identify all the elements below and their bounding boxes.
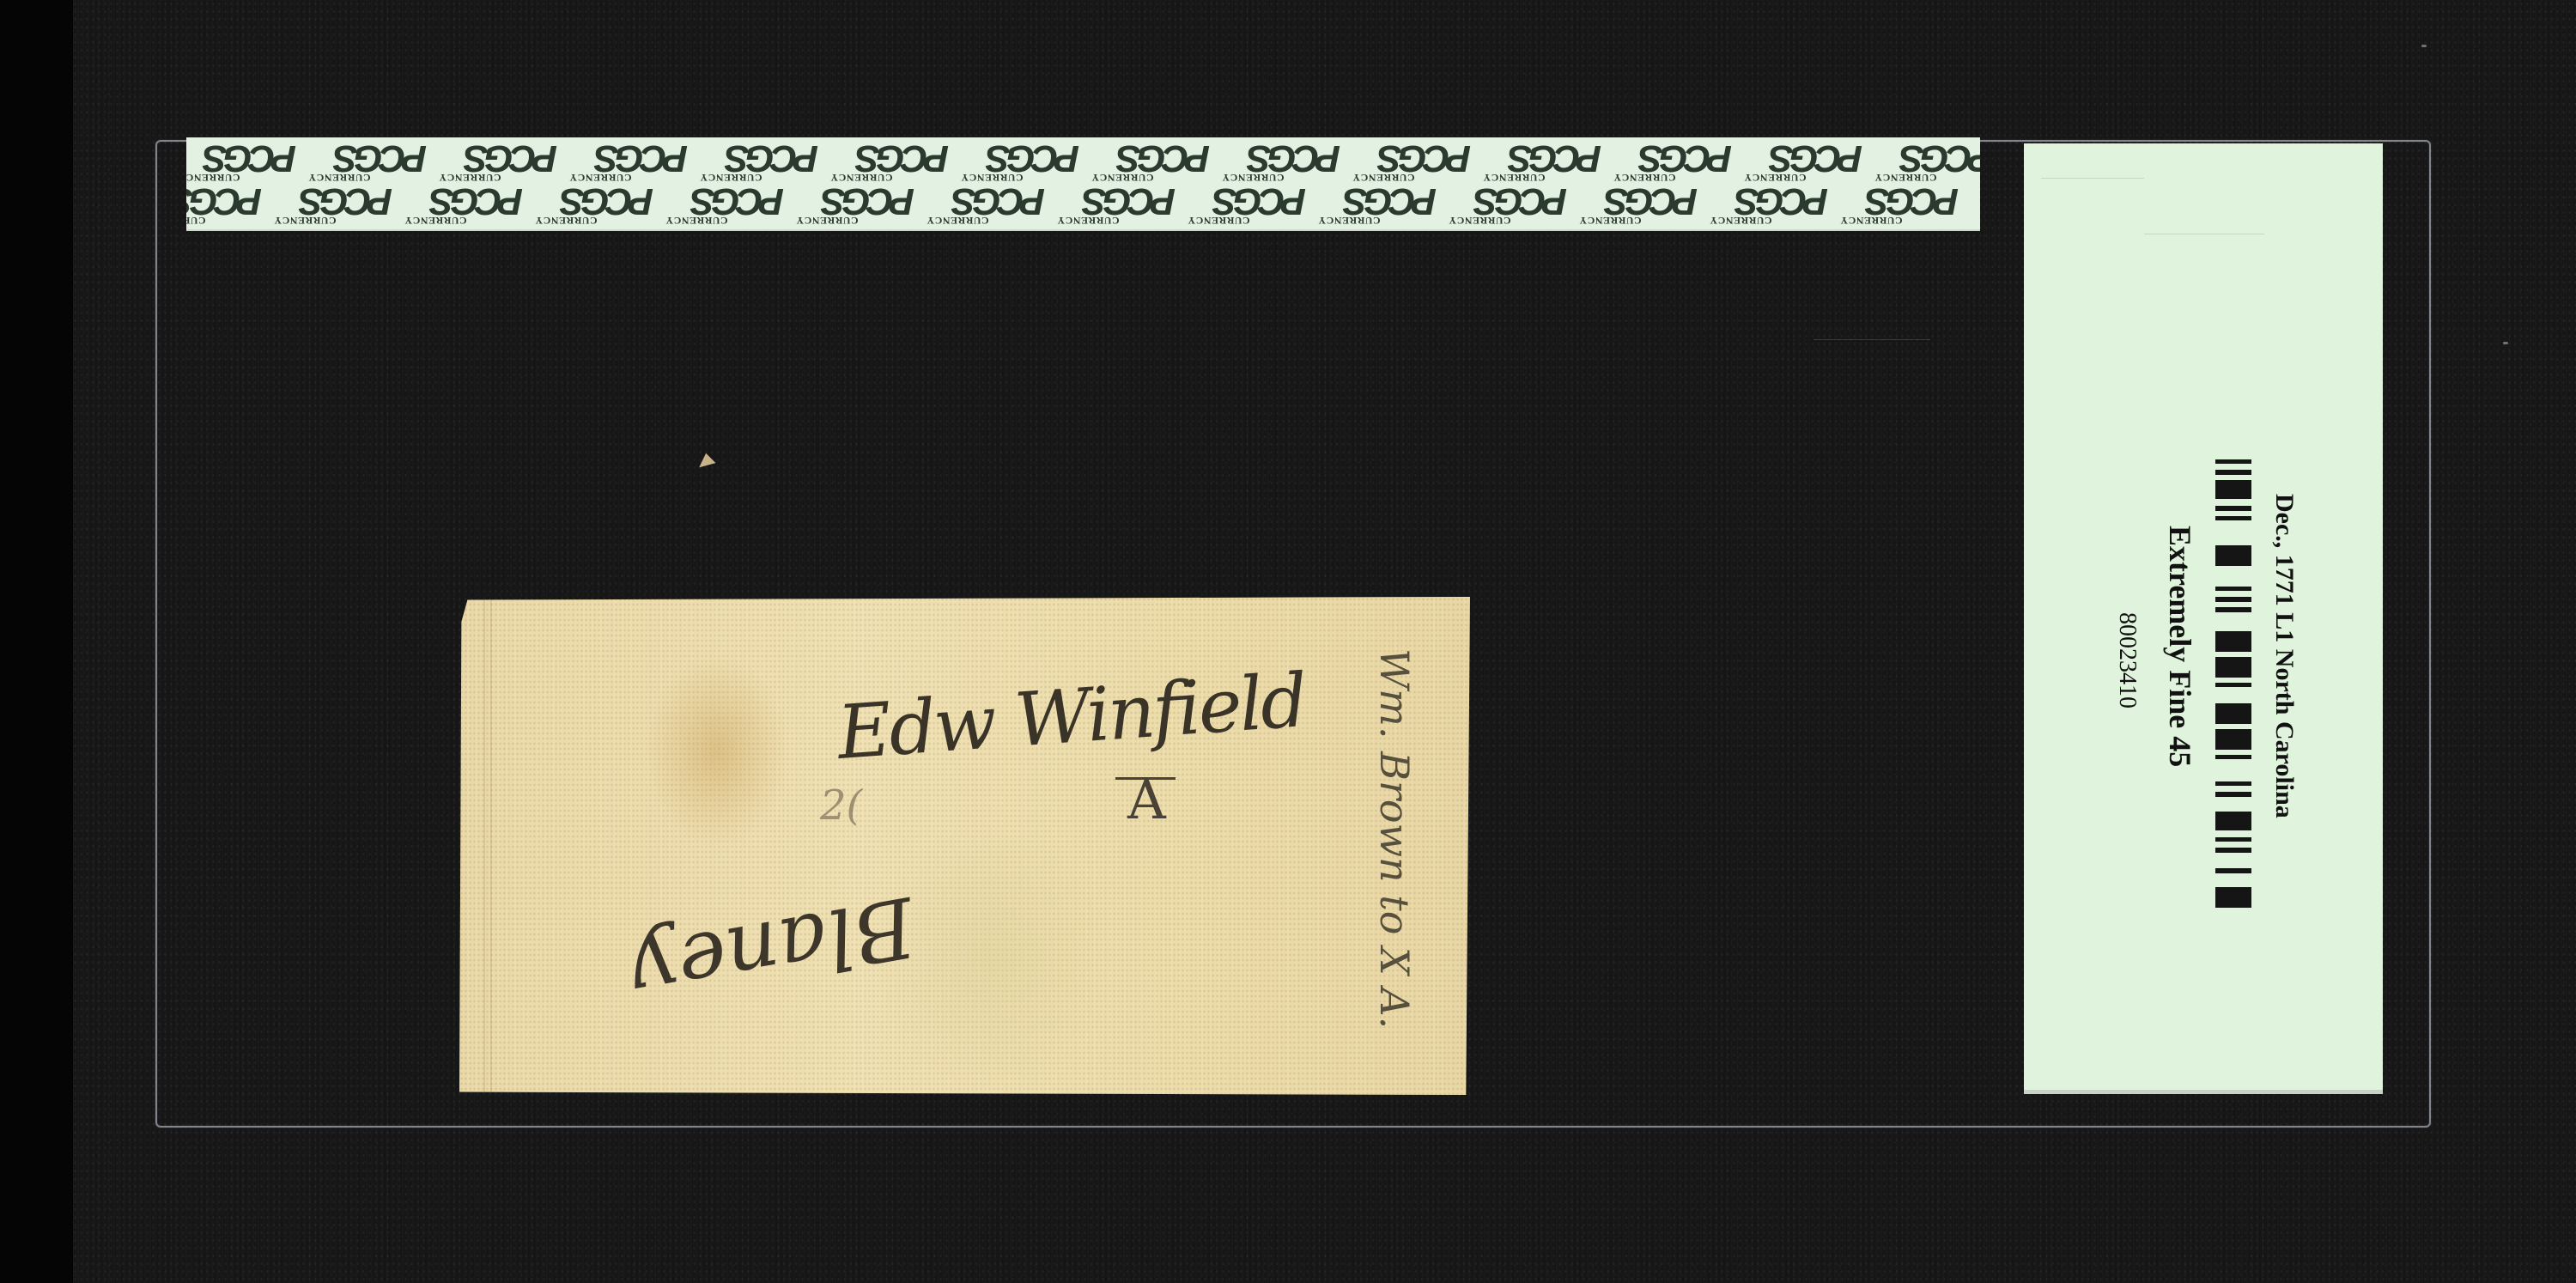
barcode-bar: [2215, 607, 2251, 612]
banknote-back: 2( Edw Winfield A Blaney Wm. Brown to X …: [459, 597, 1470, 1095]
barcode-bar: [2215, 755, 2251, 759]
pcgs-logo-tile: PCGSCURRENCY: [528, 182, 659, 227]
mark-a: A: [1127, 769, 1166, 831]
currency-text: CURRENCY: [1057, 214, 1120, 227]
pcgs-logo-tile: PCGSCURRENCY: [1572, 182, 1703, 227]
pcgs-logo-tile: PCGSCURRENCY: [562, 139, 693, 184]
faint-mark: 2(: [820, 781, 862, 830]
pcgs-logo-tile: PCGSCURRENCY: [432, 139, 562, 184]
pcgs-logo-tile: PCGSCURRENCY: [954, 139, 1084, 184]
pcgs-logo-tile: PCGSCURRENCY: [1181, 182, 1311, 227]
currency-text: CURRENCY: [665, 214, 728, 227]
pcgs-logo-tile: PCGSCURRENCY: [1476, 139, 1607, 184]
pcgs-logo-tile: PCGSCURRENCY: [1050, 182, 1181, 227]
barcode-bar: [2215, 597, 2251, 602]
currency-text: CURRENCY: [535, 214, 598, 227]
barcode-bar: [2215, 480, 2251, 499]
currency-text: CURRENCY: [1318, 214, 1381, 227]
dust-speck: [2421, 45, 2427, 47]
barcode-bar: [2215, 703, 2251, 724]
pcgs-logo-tile: PCGSCURRENCY: [693, 139, 823, 184]
barcode-bar: [2215, 868, 2251, 873]
currency-text: CURRENCY: [1840, 214, 1903, 227]
strip-row-bottom: PCGSCURRENCYPCGSCURRENCYPCGSCURRENCYPCGS…: [186, 182, 1964, 227]
label-scratch: [2144, 234, 2264, 234]
currency-text: CURRENCY: [186, 214, 206, 227]
currency-text: CURRENCY: [796, 214, 859, 227]
currency-text: CURRENCY: [927, 214, 989, 227]
pcgs-logo-tile: PCGSCURRENCY: [186, 182, 267, 227]
pcgs-logo-tile: PCGSCURRENCY: [267, 182, 398, 227]
barcode-bar: [2215, 506, 2251, 511]
barcode-bar: [2215, 792, 2251, 797]
pcgs-logo-tile: PCGSCURRENCY: [398, 182, 528, 227]
currency-text: CURRENCY: [274, 214, 337, 227]
pcgs-logo-tile: PCGSCURRENCY: [789, 182, 920, 227]
pcgs-logo-tile: PCGSCURRENCY: [1607, 139, 1737, 184]
barcode-bar: [2215, 545, 2251, 566]
pcgs-logo-tile: PCGSCURRENCY: [1703, 182, 1833, 227]
pcgs-logo-tile: PCGSCURRENCY: [659, 182, 789, 227]
pcgs-logo-tile: PCGSCURRENCY: [1442, 182, 1572, 227]
barcode-bar: [2215, 902, 2251, 906]
pcgs-logo-tile: PCGSCURRENCY: [1737, 139, 1868, 184]
pcgs-logo-tile: PCGSCURRENCY: [1833, 182, 1964, 227]
barcode-bar: [2215, 729, 2251, 750]
pcgs-logo-tile: PCGSCURRENCY: [186, 139, 301, 184]
dark-edge-band: [0, 0, 73, 1283]
note-fold-line: [483, 597, 485, 1095]
pcgs-logo-tile: PCGSCURRENCY: [823, 139, 954, 184]
pcgs-logo-tile: PCGSCURRENCY: [1311, 182, 1442, 227]
barcode-bar: [2215, 470, 2251, 475]
barcode-bar: [2215, 459, 2251, 464]
barcode-bar: [2215, 587, 2251, 591]
signature-winfield: Edw Winfield: [835, 658, 1308, 776]
label-grade: Extremely Fine 45: [2162, 526, 2198, 767]
label-scratch: [2041, 178, 2144, 179]
side-inscription: Wm. Brown to X A.: [1371, 648, 1418, 1029]
pcgs-logo-tile: PCGSCURRENCY: [301, 139, 432, 184]
note-fold-line: [490, 597, 492, 1095]
currency-text: CURRENCY: [404, 214, 467, 227]
barcode-bar: [2215, 781, 2251, 786]
currency-text: CURRENCY: [1579, 214, 1642, 227]
barcode-bar: [2215, 683, 2251, 687]
barcode-bar: [2215, 631, 2251, 652]
barcode-bar: [2215, 837, 2251, 842]
label-cert-number: 80023410: [2113, 612, 2141, 708]
label-title: Dec., 1771 L1 North Carolina: [2269, 494, 2299, 818]
strip-row-top: PCGSCURRENCYPCGSCURRENCYPCGSCURRENCYPCGS…: [186, 139, 1980, 184]
barcode-bar: [2215, 657, 2251, 678]
pcgs-logo-strip: PCGSCURRENCYPCGSCURRENCYPCGSCURRENCYPCGS…: [186, 137, 1980, 231]
barcode-bar: [2215, 516, 2251, 520]
pcgs-logo-tile: PCGSCURRENCY: [920, 182, 1050, 227]
holder-seam: [1814, 339, 1930, 340]
currency-text: CURRENCY: [1188, 214, 1250, 227]
pcgs-logo-tile: PCGSCURRENCY: [1084, 139, 1215, 184]
signature-inverted: Blaney: [625, 878, 922, 1022]
grading-label: [2024, 143, 2383, 1094]
barcode-bar: [2215, 812, 2251, 830]
barcode-icon: [2215, 459, 2251, 906]
currency-text: CURRENCY: [1710, 214, 1772, 227]
pcgs-logo-tile: PCGSCURRENCY: [1215, 139, 1346, 184]
currency-text: CURRENCY: [1449, 214, 1511, 227]
barcode-bar: [2215, 848, 2251, 853]
dust-speck: [2503, 342, 2508, 344]
pcgs-logo-tile: PCGSCURRENCY: [1868, 139, 1980, 184]
pcgs-logo-tile: PCGSCURRENCY: [1346, 139, 1476, 184]
